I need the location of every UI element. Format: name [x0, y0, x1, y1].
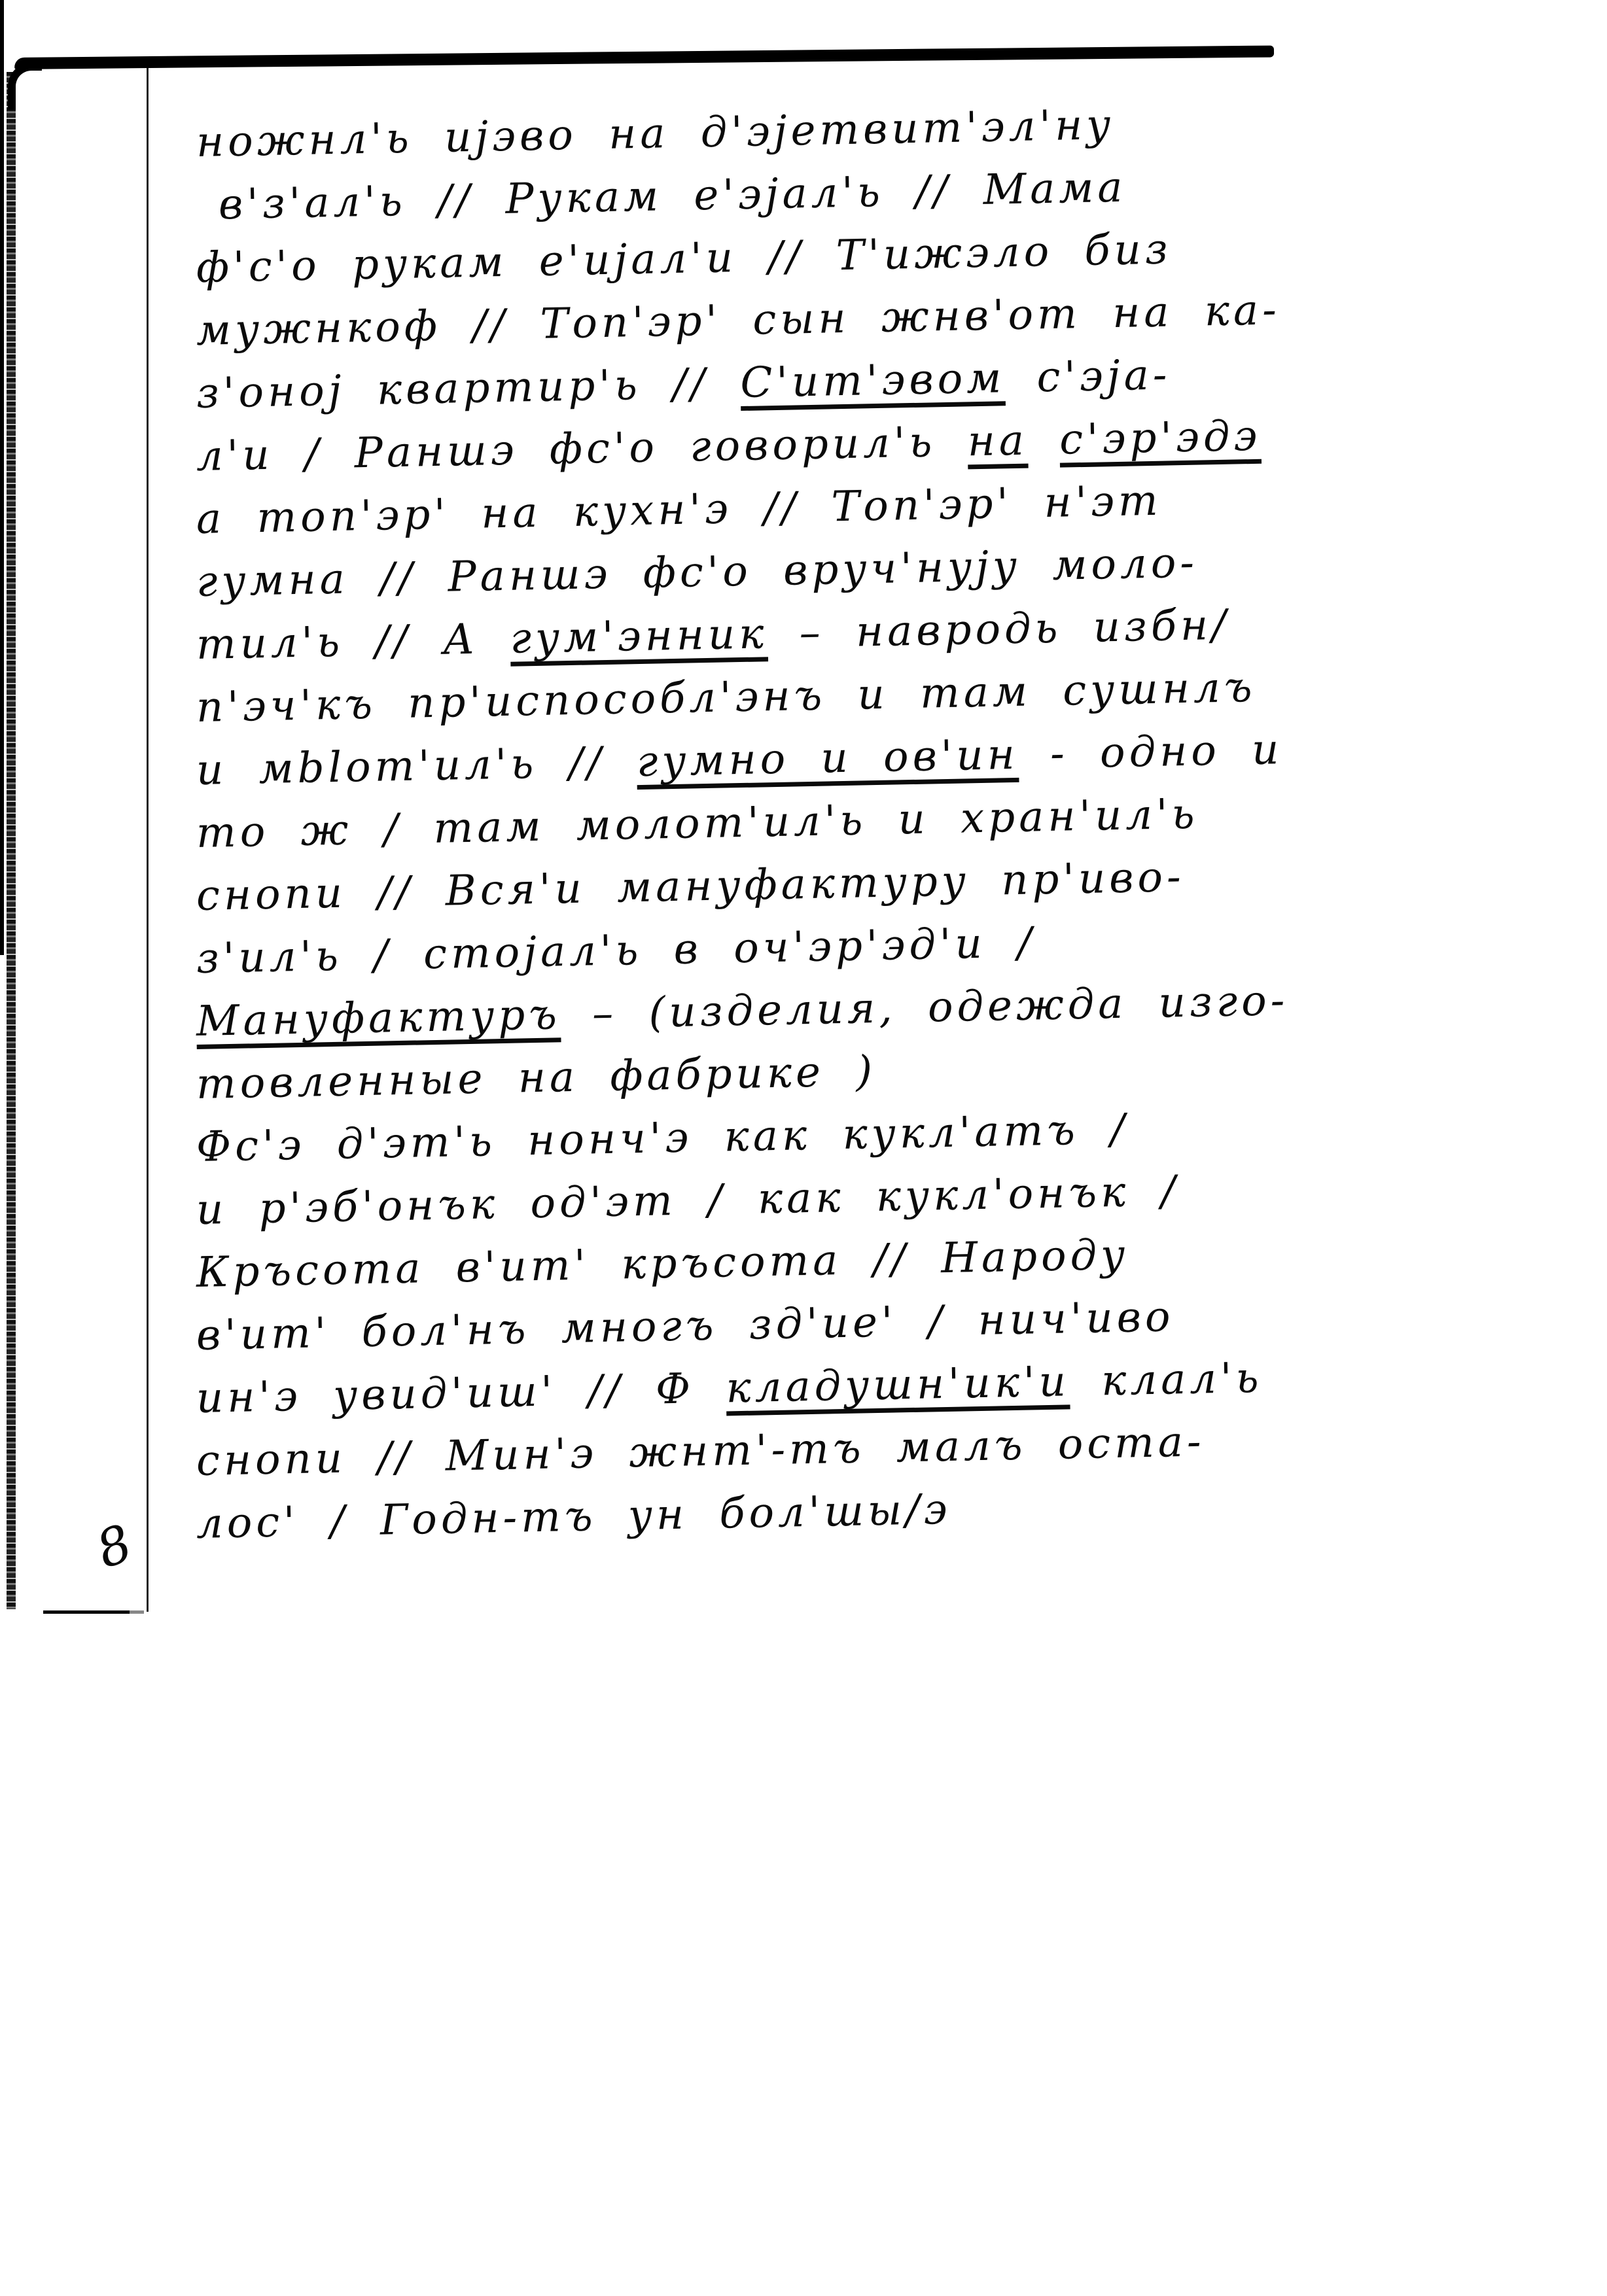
text-segment: снопи // Вся'и мануфактуру пр'иво- — [196, 853, 1185, 920]
text-segment — [1027, 416, 1060, 465]
underlined-term: на — [967, 417, 1029, 466]
text-segment: тил'ь // А — [196, 615, 510, 669]
text-segment: ножнл'ь иjэво на д'эjетвит'эл'ну — [196, 101, 1115, 167]
text-segment: – (изделия, одежда изго- — [560, 977, 1289, 1039]
text-segment: Фс'э д'эт'ь нонч'э как кукл'атъ / — [196, 1105, 1129, 1172]
text-segment: в'ит' бол'нъ многъ зд'ие' / нич'иво — [196, 1293, 1174, 1360]
text-segment: клал'ь — [1069, 1354, 1263, 1406]
underlined-term: Мануфактуръ — [196, 990, 561, 1046]
text-segment: л'и / Раншэ фс'о говорил'ь — [196, 417, 968, 481]
text-segment: и мblот'ил'ь // — [196, 738, 637, 795]
handwritten-text-block: ножнл'ь иjэво на д'эjетвит'эл'нув'з'ал'ь… — [196, 111, 1322, 1556]
page-top-left-corner — [8, 63, 42, 110]
underlined-term: гумно и ов'ин — [636, 731, 1019, 786]
page-left-shadow — [0, 0, 4, 955]
text-segment: в'з'ал'ь // Рукам е'эjал'ь // Мама — [218, 164, 1127, 230]
text-segment: ф'с'о рукам е'иjал'и // Т'ижэло биз — [196, 225, 1172, 292]
text-segment: с'эjа- — [1004, 351, 1171, 402]
text-segment: товленные на фабрике ) — [196, 1047, 877, 1109]
text-segment: и р'эб'онък од'эт / как кукл'онък / — [196, 1167, 1179, 1234]
underlined-term: С'ит'эвом — [740, 354, 1006, 408]
page-bottom-edge — [43, 1610, 187, 1614]
text-segment: з'ил'ь / стоjал'ь в оч'эр'эд'и / — [196, 918, 1036, 983]
text-segment: - одно и — [1018, 725, 1283, 779]
text-segment: а топ'эр' на кухн'э // Топ'эр' н'эт — [196, 477, 1162, 544]
text-segment: лос' / Годн-тъ ун бол'шы/э — [196, 1486, 951, 1548]
underlined-term: с'эр'эдэ — [1059, 412, 1261, 464]
text-segment: снопи // Мин'э жнт'-тъ малъ оста- — [196, 1418, 1205, 1486]
text-segment: – навродь избн/ — [768, 601, 1231, 659]
page-top-border — [14, 46, 1274, 69]
text-segment: гумна // Раншэ фс'о вруч'нуjу моло- — [196, 539, 1198, 606]
underlined-term: гум'энник — [510, 610, 768, 663]
margin-rule — [147, 68, 149, 1612]
text-segment: ин'э увид'иш' // Ф — [196, 1364, 726, 1423]
page-left-edge — [7, 72, 16, 1609]
underlined-term: кладушн'ик'и — [726, 1357, 1070, 1412]
margin-page-mark: 8 — [89, 1514, 139, 1580]
text-segment: з'онoj квартир'ь // — [196, 359, 741, 418]
text-segment: то ж / там молот'ил'ь и хран'ил'ь — [196, 790, 1199, 858]
text-segment: Кръсота в'ит' кръсота // Народу — [196, 1231, 1129, 1297]
